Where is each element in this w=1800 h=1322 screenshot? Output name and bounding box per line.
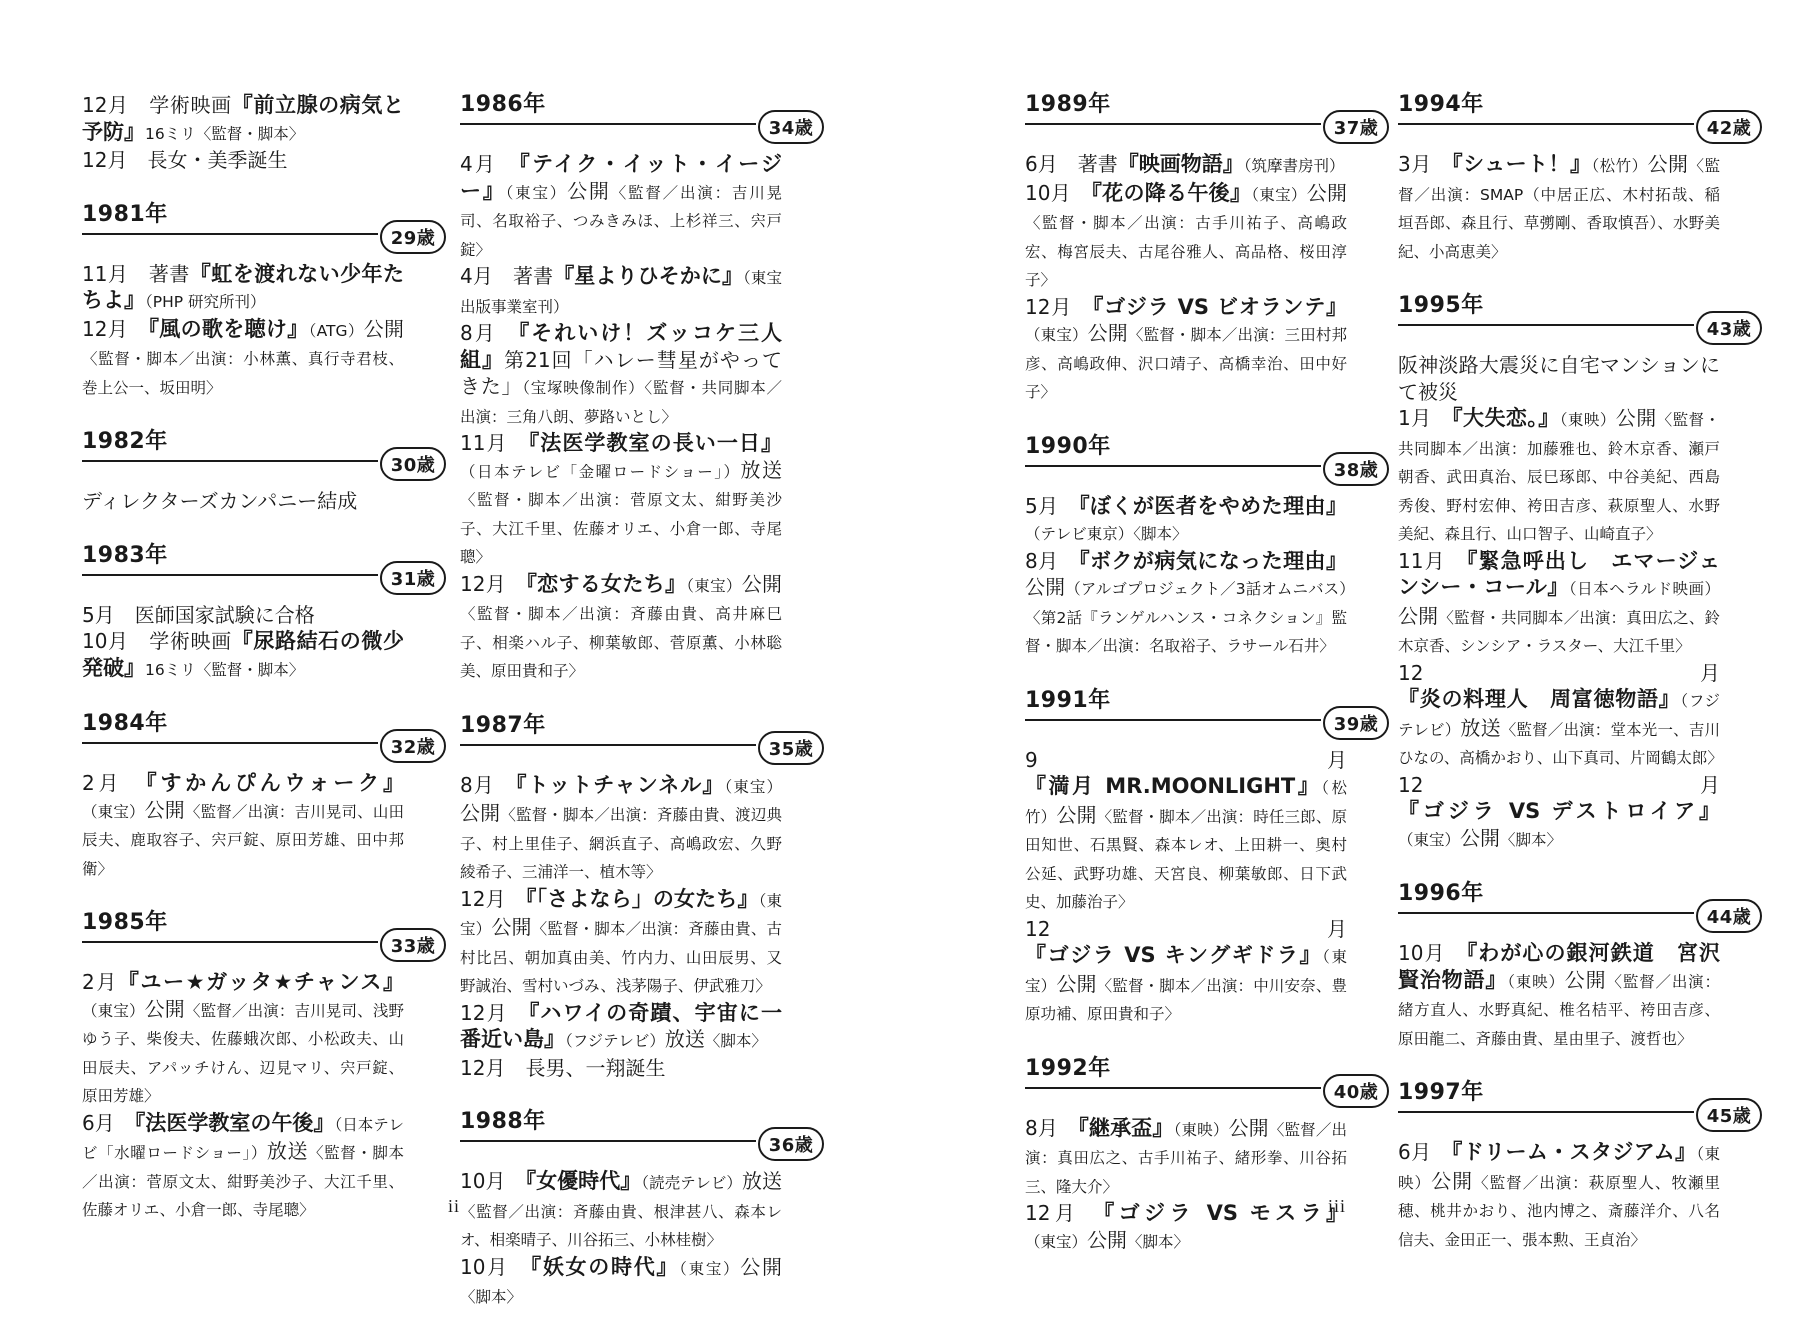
age-badge: 37歳 — [1323, 110, 1389, 144]
text-segment: 12月 長男、一翔誕生 — [460, 1056, 665, 1080]
text-segment: （東映） — [1560, 411, 1616, 429]
text-segment: 公開 — [1056, 803, 1096, 827]
timeline-column: 1989年37歳6月 著書『映画物語』（筑摩書房刊）10月 『花の降る午後』（東… — [1025, 92, 1347, 1255]
text-segment: 2月 — [82, 771, 146, 795]
text-segment: 4月 著書 — [460, 264, 553, 288]
timeline-entry: 6月 著書『映画物語』（筑摩書房刊） — [1025, 151, 1347, 180]
year-section-1984: 1984年32歳2月 『すかんぴんウォーク』（東宝）公開〈監督／出演：吉川晃司、… — [82, 711, 404, 882]
year-section-1987: 1987年35歳8月 『トットチャンネル』（東宝）公開〈監督・脚本／出演：斉藤由… — [460, 713, 782, 1082]
timeline-entry: 12月 『ゴジラ VS ビオランテ』（東宝）公開〈監督・脚本／出演：三田村邦彦、… — [1025, 294, 1347, 406]
timeline-entry: 12月 学術映画『前立腺の病気と予防』16ミリ〈監督・脚本〉 — [82, 92, 404, 147]
text-segment: （松竹） — [1591, 157, 1647, 175]
year-label: 1996年 — [1398, 881, 1720, 907]
text-segment: 〈監督・脚本／出演：斉藤由貴、渡辺典子、村上里佳子、網浜直子、高嶋政宏、久野綾希… — [460, 806, 782, 881]
year-section-1995: 1995年43歳阪神淡路大震災に自宅マンションにて被災1月 『大失恋。』（東映）… — [1398, 293, 1720, 853]
text-segment: 公開 — [1565, 968, 1607, 992]
timeline-entry: 8月 『継承盃』（東映）公開〈監督／出演：真田広之、古手川祐子、緒形拳、川谷拓三… — [1025, 1115, 1347, 1201]
text-segment: 3月 — [1398, 152, 1452, 176]
age-badge: 31歳 — [380, 561, 446, 595]
year-label: 1997年 — [1398, 1080, 1720, 1106]
text-segment: 公開 — [567, 179, 611, 203]
page-right-columns: 1989年37歳6月 著書『映画物語』（筑摩書房刊）10月 『花の降る午後』（東… — [1025, 92, 1720, 1255]
text-segment: 『継承盃』 — [1078, 1116, 1173, 1140]
text-segment: （フジテレビ） — [565, 1032, 665, 1050]
timeline-entry: 1月 『大失恋。』（東映）公開〈監督・共同脚本／出演：加藤雅也、鈴木京香、瀬戸朝… — [1398, 405, 1720, 548]
text-segment: 『ゴジラ VS キングギドラ』 — [1025, 943, 1322, 967]
year-section-1982: 1982年30歳ディレクターズカンパニー結成 — [82, 429, 404, 515]
text-segment: 6月 著書 — [1025, 152, 1118, 176]
text-segment: 12月 — [460, 1001, 529, 1025]
year-header: 1983年31歳 — [82, 543, 404, 576]
text-segment: 公開 — [742, 572, 782, 596]
age-badge: 39歳 — [1323, 706, 1389, 740]
year-rule — [82, 233, 378, 235]
timeline-entry: 6月 『ドリーム・スタジアム』（東映）公開〈監督／出演：萩原聖人、牧瀬里穂、桃井… — [1398, 1139, 1720, 1253]
text-segment: （東宝） — [724, 778, 782, 796]
timeline-entry: 5月 『ぼくが医者をやめた理由』（テレビ東京）〈脚本〉 — [1025, 493, 1347, 548]
text-segment: （ATG） — [309, 322, 364, 340]
age-badge: 40歳 — [1323, 1074, 1389, 1108]
year-header: 1997年45歳 — [1398, 1080, 1720, 1113]
age-badge: 44歳 — [1696, 899, 1762, 933]
year-rule — [82, 941, 378, 943]
text-segment: 公開 — [145, 798, 185, 822]
text-segment: 『女優時代』 — [526, 1169, 642, 1193]
year-rule — [82, 574, 378, 576]
text-segment: 8月 — [1025, 549, 1079, 573]
text-segment: 5月 医師国家試験に合格 — [82, 603, 315, 627]
text-segment: 2月 — [82, 970, 118, 994]
year-header: 1992年40歳 — [1025, 1056, 1347, 1089]
year-header: 1994年42歳 — [1398, 92, 1720, 125]
text-segment: 『ぼくが医者をやめた理由』 — [1079, 494, 1347, 518]
timeline-entry: 12月 『ハワイの奇蹟、宇宙に一番近い島』（フジテレビ）放送〈脚本〉 — [460, 1000, 782, 1055]
timeline-entry: 12月 『恋する女たち』（東宝）公開〈監督・脚本／出演：斉藤由貴、高井麻巳子、相… — [460, 571, 782, 685]
text-segment: 公開 — [1431, 1169, 1473, 1193]
timeline-entry: 10月 学術映画『尿路結石の微少発破』16ミリ〈監督・脚本〉 — [82, 628, 404, 683]
text-segment: ディレクターズカンパニー結成 — [82, 489, 357, 513]
year-label: 1987年 — [460, 713, 782, 739]
text-segment: （アルゴプロジェクト／3話オムニバス）〈第2話『ランゲルハンス・コネクション』監… — [1025, 580, 1347, 655]
text-segment: （テレビ東京）〈脚本〉 — [1025, 525, 1187, 543]
text-segment: （東宝） — [1025, 326, 1088, 344]
year-section-1985: 1985年33歳2月『ユー★ガッタ★チャンス』（東宝）公開〈監督／出演：吉川晃司… — [82, 910, 404, 1224]
text-segment: 『ゴジラ VS モスラ』 — [1104, 1201, 1347, 1225]
text-segment: 『ドリーム・スタジアム』 — [1452, 1140, 1697, 1164]
text-segment: 公開 — [1056, 972, 1096, 996]
year-label: 1986年 — [460, 92, 782, 118]
year-header: 1996年44歳 — [1398, 881, 1720, 914]
timeline-entry: 12月 『「さよなら」の女たち』（東宝）公開〈監督・脚本／出演：斉藤由貴、古村比… — [460, 886, 782, 1000]
text-segment: 公開 — [1648, 152, 1689, 176]
text-segment: （読売テレビ） — [641, 1174, 742, 1192]
year-header: 1995年43歳 — [1398, 293, 1720, 326]
text-segment: （東宝） — [82, 1002, 145, 1020]
text-segment: 公開 — [460, 801, 500, 825]
text-segment: 〈監督／出演：斉藤由貴、根津甚八、森本レオ、相楽晴子、川谷拓三、小林桂樹〉 — [460, 1203, 782, 1250]
year-rule — [1398, 324, 1694, 326]
year-label: 1990年 — [1025, 434, 1347, 460]
text-segment: 『「さよなら」の女たち』 — [526, 887, 759, 911]
year-rule — [460, 1140, 756, 1142]
text-segment: 11月 著書 — [82, 262, 190, 286]
year-rule — [1025, 465, 1321, 467]
age-badge: 36歳 — [758, 1127, 824, 1161]
year-header: 1987年35歳 — [460, 713, 782, 746]
timeline-entry: 10月 『女優時代』（読売テレビ）放送〈監督／出演：斉藤由貴、根津甚八、森本レオ… — [460, 1168, 782, 1254]
text-segment: 12月 — [460, 887, 526, 911]
timeline-entry: 11月 『法医学教室の長い一日』（日本テレビ「金曜ロードショー」）放送〈監督・脚… — [460, 430, 782, 571]
year-rule — [1025, 1087, 1321, 1089]
text-segment: 公開 — [364, 317, 404, 341]
text-segment: （日本テレビ「金曜ロードショー」） — [460, 463, 741, 481]
year-label: 1989年 — [1025, 92, 1347, 118]
text-segment: （東宝） — [506, 184, 567, 202]
timeline-entry: 11月 『緊急呼出し エマージェンシー・コール』（日本ヘラルド映画）公開〈監督・… — [1398, 548, 1720, 660]
text-segment: 〈監督・脚本／出演：古手川祐子、高嶋政宏、梅宮辰夫、古尾谷雅人、高品格、桜田淳子… — [1025, 214, 1347, 289]
year-label: 1983年 — [82, 543, 404, 569]
timeline-entry: 10月 『妖女の時代』（東宝）公開〈脚本〉 — [460, 1254, 782, 1311]
year-rule — [1398, 912, 1694, 914]
year-section-1994: 1994年42歳3月 『シュート！』（松竹）公開〈監督／出演：SMAP（中居正広… — [1398, 92, 1720, 265]
timeline-entry: 4月 著書『星よりひそかに』（東宝出版事業室刊） — [460, 263, 782, 320]
text-segment: 放送 — [741, 458, 783, 482]
text-segment: 1月 — [1398, 406, 1452, 430]
year-rule — [1398, 123, 1694, 125]
year-label: 1982年 — [82, 429, 404, 455]
year-header: 1982年30歳 — [82, 429, 404, 462]
text-segment: 放送 — [665, 1027, 705, 1051]
text-segment: 『ユー★ガッタ★チャンス』 — [118, 970, 404, 994]
timeline-entry: 6月 『法医学教室の午後』（日本テレビ「水曜ロードショー」）放送〈監督・脚本／出… — [82, 1110, 404, 1224]
text-segment: 8月 — [460, 321, 519, 345]
year-header: 1990年38歳 — [1025, 434, 1347, 467]
year-header: 1981年29歳 — [82, 202, 404, 235]
year-label: 1994年 — [1398, 92, 1720, 118]
year-header: 1984年32歳 — [82, 711, 404, 744]
age-badge: 35歳 — [758, 731, 824, 765]
page-left-columns: 12月 学術映画『前立腺の病気と予防』16ミリ〈監督・脚本〉12月 長女・美季誕… — [82, 92, 782, 1311]
text-segment: （東宝） — [1398, 831, 1460, 849]
year-section-1991: 1991年39歳9月 『満月 MR.MOONLIGHT』（松竹）公開〈監督・脚本… — [1025, 688, 1347, 1028]
age-badge: 32歳 — [380, 729, 446, 763]
text-segment: 公開 — [1087, 1228, 1127, 1252]
timeline-entry: 3月 『シュート！』（松竹）公開〈監督／出演：SMAP（中居正広、木村拓哉、稲垣… — [1398, 151, 1720, 265]
year-rule — [460, 744, 756, 746]
text-segment: 公開 — [1616, 406, 1657, 430]
year-rule — [1025, 719, 1321, 721]
text-segment: （東宝） — [1025, 1233, 1087, 1251]
text-segment: 公開 — [1398, 604, 1438, 628]
text-segment: 『ゴジラ VS ビオランテ』 — [1093, 295, 1347, 319]
year-section-1996: 1996年44歳10月 『わが心の銀河鉄道 宮沢賢治物語』（東映）公開〈監督／出… — [1398, 881, 1720, 1052]
text-segment: 11月 — [1398, 549, 1467, 573]
year-section-1992: 1992年40歳8月 『継承盃』（東映）公開〈監督／出演：真田広之、古手川祐子、… — [1025, 1056, 1347, 1256]
year-header: 1991年39歳 — [1025, 688, 1347, 721]
year-section-1997: 1997年45歳6月 『ドリーム・スタジアム』（東映）公開〈監督／出演：萩原聖人… — [1398, 1080, 1720, 1253]
timeline-column: 1994年42歳3月 『シュート！』（松竹）公開〈監督／出演：SMAP（中居正広… — [1398, 92, 1720, 1255]
year-label: 1981年 — [82, 202, 404, 228]
year-section-1990: 1990年38歳5月 『ぼくが医者をやめた理由』（テレビ東京）〈脚本〉8月 『ボ… — [1025, 434, 1347, 660]
age-badge: 45歳 — [1696, 1098, 1762, 1132]
text-segment: 『トットチャンネル』 — [516, 773, 724, 797]
year-label: 1984年 — [82, 711, 404, 737]
text-segment: 16ミリ〈監督・脚本〉 — [145, 125, 304, 143]
text-segment: 16ミリ〈監督・脚本〉 — [145, 661, 304, 679]
text-segment: 公開 — [740, 1255, 782, 1279]
age-badge: 42歳 — [1696, 110, 1762, 144]
text-segment: 〈監督・脚本／出演：菅原文太、紺野美沙子、大江千里、佐藤オリエ、小倉一郎、寺尾聰… — [460, 491, 782, 566]
text-segment: 〈脚本〉 — [1127, 1233, 1189, 1251]
text-segment: （東映） — [1174, 1121, 1229, 1139]
text-segment: 12月 長女・美季誕生 — [82, 148, 287, 172]
text-segment: 〈監督・脚本／出演：小林薫、真行寺君枝、巻上公一、坂田明〉 — [82, 350, 404, 397]
text-segment: （PHP 研究所刊） — [145, 293, 266, 311]
text-segment: 公開 — [1460, 826, 1500, 850]
timeline-entry: 8月 『ボクが病気になった理由』公開（アルゴプロジェクト／3話オムニバス）〈第2… — [1025, 548, 1347, 660]
page-left: 12月 学術映画『前立腺の病気と予防』16ミリ〈監督・脚本〉12月 長女・美季誕… — [0, 0, 900, 1322]
timeline-entry: 4月 『テイク・イット・イージー』（東宝）公開〈監督／出演：吉川晃司、名取裕子、… — [460, 151, 782, 263]
year-rule — [82, 460, 378, 462]
year-rule — [460, 123, 756, 125]
year-section-1988: 1988年36歳10月 『女優時代』（読売テレビ）放送〈監督／出演：斉藤由貴、根… — [460, 1109, 782, 1311]
timeline-entry: 12月 『ゴジラ VS キングギドラ』（東宝）公開〈監督・脚本／出演：中川安奈、… — [1025, 916, 1347, 1028]
year-section-1989: 1989年37歳6月 著書『映画物語』（筑摩書房刊）10月 『花の降る午後』（東… — [1025, 92, 1347, 406]
age-badge: 38歳 — [1323, 452, 1389, 486]
text-segment: 公開 — [1307, 181, 1347, 205]
text-segment: 『法医学教室の長い一日』 — [529, 431, 782, 455]
year-section-1986: 1986年34歳4月 『テイク・イット・イージー』（東宝）公開〈監督／出演：吉川… — [460, 92, 782, 685]
timeline-column: 1986年34歳4月 『テイク・イット・イージー』（東宝）公開〈監督／出演：吉川… — [460, 92, 782, 1311]
text-segment: 4月 — [460, 152, 519, 176]
book-spread: 12月 学術映画『前立腺の病気と予防』16ミリ〈監督・脚本〉12月 長女・美季誕… — [0, 0, 1800, 1322]
timeline-entry: 阪神淡路大震災に自宅マンションにて被災 — [1398, 352, 1720, 405]
text-segment: 『法医学教室の午後』 — [135, 1111, 335, 1135]
timeline-entry: 9月 『満月 MR.MOONLIGHT』（松竹）公開〈監督・脚本／出演：時任三郎… — [1025, 747, 1347, 916]
timeline-entry: 12月 『ゴジラ VS モスラ』（東宝）公開〈脚本〉 — [1025, 1200, 1347, 1255]
year-label: 1992年 — [1025, 1056, 1347, 1082]
text-segment: 12月 — [1025, 917, 1367, 941]
timeline-entry: 12月 『炎の料理人 周富徳物語』（フジテレビ）放送〈監督／出演：堂本光一、吉川… — [1398, 660, 1720, 772]
text-segment: 『恋する女たち』 — [526, 572, 686, 596]
text-segment: 9月 — [1025, 748, 1367, 772]
text-segment: 10月 — [460, 1255, 531, 1279]
year-header: 1985年33歳 — [82, 910, 404, 943]
text-segment: 〈脚本〉 — [460, 1288, 522, 1306]
continued-section: 12月 学術映画『前立腺の病気と予防』16ミリ〈監督・脚本〉12月 長女・美季誕… — [82, 92, 404, 174]
year-rule — [1025, 123, 1321, 125]
timeline-entry: 10月 『花の降る午後』（東宝）公開〈監督・脚本／出演：古手川祐子、高嶋政宏、梅… — [1025, 180, 1347, 294]
age-badge: 34歳 — [758, 110, 824, 144]
text-segment: 『すかんぴんウォーク』 — [146, 771, 404, 795]
timeline-entry: 12月 長女・美季誕生 — [82, 147, 404, 174]
timeline-entry: 12月 『風の歌を聴け』（ATG）公開〈監督・脚本／出演：小林薫、真行寺君枝、巻… — [82, 316, 404, 402]
text-segment: 10月 — [460, 1169, 526, 1193]
text-segment: 〈監督・共同脚本／出演：真田広之、鈴木京香、シンシア・ラスター、大江千里〉 — [1398, 609, 1720, 656]
text-segment: 12月 — [1025, 1201, 1104, 1225]
text-segment: 12月 学術映画 — [82, 93, 232, 117]
age-badge: 29歳 — [380, 220, 446, 254]
timeline-entry: 10月 『わが心の銀河鉄道 宮沢賢治物語』（東映）公開〈監督／出演：緒方直人、水… — [1398, 940, 1720, 1052]
text-segment: 公開 — [1088, 321, 1128, 345]
text-segment: 12月 — [1398, 773, 1740, 797]
year-label: 1995年 — [1398, 293, 1720, 319]
text-segment: 12月 — [1025, 295, 1093, 319]
text-segment: （東宝） — [1251, 186, 1306, 204]
timeline-entry: ディレクターズカンパニー結成 — [82, 488, 404, 515]
text-segment: （日本ヘラルド映画） — [1569, 580, 1720, 598]
text-segment: 『炎の料理人 周富徳物語』 — [1398, 687, 1680, 711]
text-segment: 6月 — [82, 1111, 135, 1135]
text-segment: 『風の歌を聴け』 — [148, 317, 308, 341]
text-segment: 公開 — [145, 997, 185, 1021]
text-segment: （東宝） — [686, 577, 741, 595]
age-badge: 30歳 — [380, 447, 446, 481]
page-number-right: iii — [1328, 1196, 1346, 1217]
year-label: 1991年 — [1025, 688, 1347, 714]
text-segment: 12月 — [1398, 661, 1740, 685]
text-segment: 阪神淡路大震災に自宅マンションにて被災 — [1398, 353, 1720, 404]
text-segment: 『シュート！』 — [1452, 152, 1591, 176]
text-segment: 『花の降る午後』 — [1091, 181, 1251, 205]
text-segment: 『映画物語』 — [1118, 152, 1244, 176]
text-segment: 〈監督・共同脚本／出演：加藤雅也、鈴木京香、瀬戸朝香、武田真治、辰巳琢郎、中谷美… — [1398, 411, 1720, 543]
text-segment: （東映） — [1507, 973, 1565, 991]
text-segment: 『妖女の時代』 — [531, 1255, 680, 1279]
text-segment: 10月 — [1398, 941, 1467, 965]
age-badge: 33歳 — [380, 928, 446, 962]
timeline-entry: 2月『ユー★ガッタ★チャンス』（東宝）公開〈監督／出演：吉川晃司、浅野ゆう子、柴… — [82, 969, 404, 1110]
text-segment: 8月 — [460, 773, 516, 797]
text-segment: 公開 — [1025, 575, 1065, 599]
text-segment: 8月 — [1025, 1116, 1078, 1140]
text-segment: 12月 — [460, 572, 526, 596]
year-rule — [82, 742, 378, 744]
text-segment: 『ゴジラ VS デストロイア』 — [1398, 799, 1720, 823]
timeline-entry: 8月 『トットチャンネル』（東宝）公開〈監督・脚本／出演：斉藤由貴、渡辺典子、村… — [460, 772, 782, 886]
timeline-entry: 12月 長男、一翔誕生 — [460, 1055, 782, 1082]
timeline-entry: 12月 『ゴジラ VS デストロイア』（東宝）公開〈脚本〉 — [1398, 772, 1720, 854]
text-segment: 放送 — [267, 1139, 308, 1163]
page-number-left: ii — [448, 1196, 460, 1217]
text-segment: 『満月 MR.MOONLIGHT』 — [1025, 774, 1321, 798]
text-segment: 〈脚本〉 — [705, 1032, 767, 1050]
year-section-1981: 1981年29歳11月 著書『虹を渡れない少年たちよ』（PHP 研究所刊）12月… — [82, 202, 404, 402]
year-section-1983: 1983年31歳5月 医師国家試験に合格10月 学術映画『尿路結石の微少発破』1… — [82, 543, 404, 684]
text-segment: 10月 学術映画 — [82, 629, 232, 653]
year-header: 1986年34歳 — [460, 92, 782, 125]
text-segment: 5月 — [1025, 494, 1079, 518]
year-header: 1988年36歳 — [460, 1109, 782, 1142]
year-label: 1988年 — [460, 1109, 782, 1135]
text-segment: 10月 — [1025, 181, 1091, 205]
text-segment: 『星よりひそかに』 — [553, 264, 743, 288]
timeline-entry: 11月 著書『虹を渡れない少年たちよ』（PHP 研究所刊） — [82, 261, 404, 316]
timeline-entry: 5月 医師国家試験に合格 — [82, 602, 404, 629]
text-segment: 〈監督・脚本／出演：斉藤由貴、高井麻巳子、相楽ハル子、柳葉敏郎、菅原薫、小林聡美… — [460, 605, 782, 680]
year-header: 1989年37歳 — [1025, 92, 1347, 125]
timeline-entry: 2月 『すかんぴんウォーク』（東宝）公開〈監督／出演：吉川晃司、山田辰夫、鹿取容… — [82, 770, 404, 882]
text-segment: 『大失恋。』 — [1452, 406, 1560, 430]
text-segment: 11月 — [460, 431, 529, 455]
text-segment: 放送 — [1460, 716, 1500, 740]
text-segment: 6月 — [1398, 1140, 1452, 1164]
year-rule — [1398, 1111, 1694, 1113]
timeline-column: 12月 学術映画『前立腺の病気と予防』16ミリ〈監督・脚本〉12月 長女・美季誕… — [82, 92, 404, 1311]
text-segment: （東宝） — [679, 1260, 740, 1278]
text-segment: 『ボクが病気になった理由』 — [1079, 549, 1347, 573]
age-badge: 43歳 — [1696, 311, 1762, 345]
text-segment: 公開 — [491, 915, 531, 939]
page-right: 1989年37歳6月 著書『映画物語』（筑摩書房刊）10月 『花の降る午後』（東… — [900, 0, 1800, 1322]
timeline-entry: 8月 『それいけ！ズッコケ三人組』第21回「ハレー彗星がやってきた」（宝塚映像制… — [460, 320, 782, 430]
text-segment: 〈脚本〉 — [1500, 831, 1562, 849]
text-segment: 12月 — [82, 317, 148, 341]
year-label: 1985年 — [82, 910, 404, 936]
text-segment: 放送 — [742, 1169, 782, 1193]
text-segment: 公開 — [1229, 1116, 1269, 1140]
text-segment: （東宝） — [82, 803, 145, 821]
text-segment: （筑摩書房刊） — [1244, 157, 1345, 175]
